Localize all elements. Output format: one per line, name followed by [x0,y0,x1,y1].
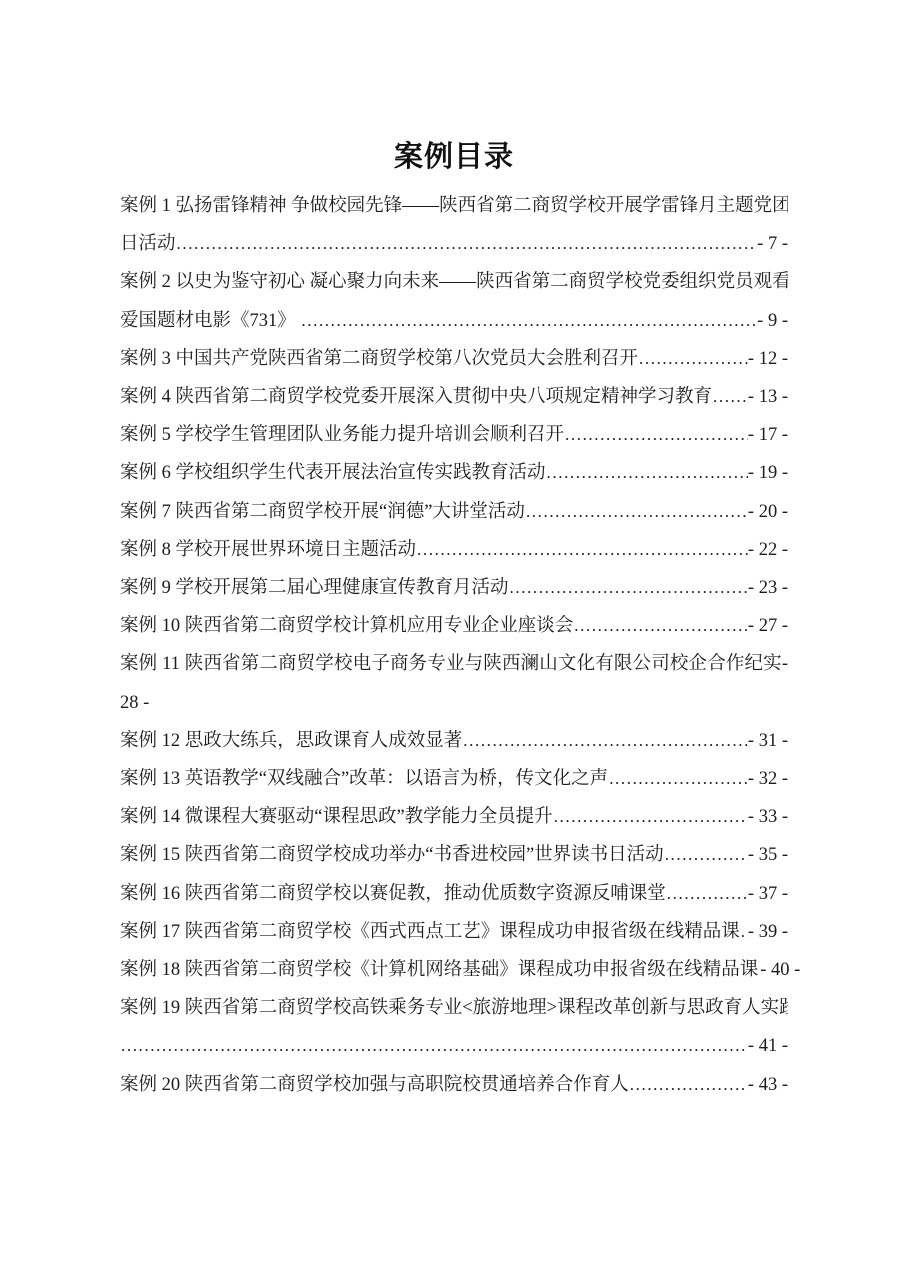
dot-leader: ........................................… [176,225,758,263]
entry-text: 案例 5 学校学生管理团队业务能力提升培训会顺利召开 [120,416,564,454]
entry-last-line: 案例 12 思政大练兵，思政课育人成效显著...................… [120,722,788,760]
page-number: - 13 - [748,378,788,416]
entry-text-line: 案例 2 以史为鉴守初心 凝心聚力向未来——陕西省第二商贸学校党委组织党员观看 [120,263,788,301]
dot-leader: ........................................… [462,722,748,760]
toc-entry[interactable]: 案例 19 陕西省第二商贸学校高铁乘务专业<旅游地理>课程改革创新与思政育人实践… [120,989,788,1065]
dot-leader: ........................................… [608,760,748,798]
entry-text: 案例 13 英语教学“双线融合”改革：以语言为桥，传文化之声 [120,760,608,798]
entry-text: 案例 7 陕西省第二商贸学校开展“润德”大讲堂活动 [120,493,525,531]
toc-entry[interactable]: 案例 1 弘扬雷锋精神 争做校园先锋——陕西省第二商贸学校开展学雷锋月主题党团日… [120,187,788,263]
entry-last-line: 案例 9 学校开展第二届心理健康宣传教育月活动.................… [120,569,788,607]
entry-last-line: 案例 6 学校组织学生代表开展法治宣传实践教育活动...............… [120,454,788,492]
toc-entry[interactable]: 案例 7 陕西省第二商贸学校开展“润德”大讲堂活动...............… [120,493,788,531]
dot-leader: ........................................… [664,836,748,874]
document-page: 案例目录 案例 1 弘扬雷锋精神 争做校园先锋——陕西省第二商贸学校开展学雷锋月… [0,0,900,1273]
entry-text: 案例 20 陕西省第二商贸学校加强与高职院校贯通培养合作育人 [120,1066,629,1104]
page-number: - 12 - [748,340,788,378]
dot-leader: ........................................… [712,378,748,416]
toc-entry[interactable]: 案例 9 学校开展第二届心理健康宣传教育月活动.................… [120,569,788,607]
toc-entry[interactable]: 案例 18 陕西省第二商贸学校《计算机网络基础》课程成功申报省级在线精品课...… [120,951,788,989]
page-number: - 43 - [748,1066,788,1104]
entry-text: 28 - [120,684,149,722]
entry-text: 案例 16 陕西省第二商贸学校以赛促教，推动优质数字资源反哺课堂 [120,875,666,913]
toc-entry[interactable]: 案例 3 中国共产党陕西省第二商贸学校第八次党员大会胜利召开..........… [120,340,788,378]
page-number: - 23 - [748,569,788,607]
page-title: 案例目录 [120,140,788,174]
dot-leader: ........................................… [416,531,748,569]
entry-last-line: 案例 16 陕西省第二商贸学校以赛促教，推动优质数字资源反哺课堂........… [120,875,788,913]
entry-text: 案例 15 陕西省第二商贸学校成功举办“书香进校园”世界读书日活动 [120,836,664,874]
entry-text-line: 案例 11 陕西省第二商贸学校电子商务专业与陕西澜山文化有限公司校企合作纪实- [120,645,788,683]
entry-last-line: 案例 8 学校开展世界环境日主题活动......................… [120,531,788,569]
toc-entry[interactable]: 案例 12 思政大练兵，思政课育人成效显著...................… [120,722,788,760]
entry-text: 案例 10 陕西省第二商贸学校计算机应用专业企业座谈会 [120,607,573,645]
dot-leader: ........................................… [546,454,748,492]
entry-text-line: 案例 1 弘扬雷锋精神 争做校园先锋——陕西省第二商贸学校开展学雷锋月主题党团 [120,187,788,225]
entry-last-line: ........................................… [120,1027,788,1065]
entry-last-line: 案例 5 学校学生管理团队业务能力提升培训会顺利召开..............… [120,416,788,454]
toc-entry[interactable]: 案例 6 学校组织学生代表开展法治宣传实践教育活动...............… [120,454,788,492]
entry-last-line: 案例 18 陕西省第二商贸学校《计算机网络基础》课程成功申报省级在线精品课...… [120,951,788,989]
dot-leader: ........................................… [740,913,748,951]
entry-last-line: 案例 14 微课程大赛驱动“课程思政”教学能力全员提升.............… [120,798,788,836]
entry-text: 案例 12 思政大练兵，思政课育人成效显著 [120,722,462,760]
toc-entry[interactable]: 案例 2 以史为鉴守初心 凝心聚力向未来——陕西省第二商贸学校党委组织党员观看爱… [120,263,788,339]
toc-entry[interactable]: 案例 15 陕西省第二商贸学校成功举办“书香进校园”世界读书日活动.......… [120,836,788,874]
dot-leader: ........................................… [564,416,748,454]
entry-last-line: 日活动.....................................… [120,225,788,263]
entry-text: 案例 3 中国共产党陕西省第二商贸学校第八次党员大会胜利召开 [120,340,638,378]
entry-last-line: 爱国题材电影《731》 ............................… [120,302,788,340]
dot-leader: ........................................… [629,1066,748,1104]
entry-text: 爱国题材电影《731》 [120,302,300,340]
dot-leader: ........................................… [638,340,748,378]
entry-text: 案例 18 陕西省第二商贸学校《计算机网络基础》课程成功申报省级在线精品课 [120,951,758,989]
toc-entry[interactable]: 案例 20 陕西省第二商贸学校加强与高职院校贯通培养合作育人..........… [120,1066,788,1104]
page-number: - 20 - [748,493,788,531]
page-number: - 27 - [748,607,788,645]
toc-entry[interactable]: 案例 16 陕西省第二商贸学校以赛促教，推动优质数字资源反哺课堂........… [120,875,788,913]
page-number: - 22 - [748,531,788,569]
entry-last-line: 案例 10 陕西省第二商贸学校计算机应用专业企业座谈会.............… [120,607,788,645]
entry-last-line: 案例 7 陕西省第二商贸学校开展“润德”大讲堂活动...............… [120,493,788,531]
entry-last-line: 案例 20 陕西省第二商贸学校加强与高职院校贯通培养合作育人..........… [120,1066,788,1104]
page-number: - 17 - [748,416,788,454]
dot-leader: ........................................… [666,875,748,913]
page-number: - 35 - [748,836,788,874]
entry-text: 案例 8 学校开展世界环境日主题活动 [120,531,416,569]
entry-last-line: 28 - [120,684,788,722]
page-number: - 9 - [757,302,788,340]
dot-leader: ........................................… [120,1027,748,1065]
dot-leader: ........................................… [300,302,757,340]
entry-last-line: 案例 3 中国共产党陕西省第二商贸学校第八次党员大会胜利召开..........… [120,340,788,378]
page-number: - 39 - [748,913,788,951]
toc-entry[interactable]: 案例 14 微课程大赛驱动“课程思政”教学能力全员提升.............… [120,798,788,836]
entry-text: 案例 4 陕西省第二商贸学校党委开展深入贯彻中央八项规定精神学习教育 [120,378,712,416]
toc-entry[interactable]: 案例 11 陕西省第二商贸学校电子商务专业与陕西澜山文化有限公司校企合作纪实-2… [120,645,788,721]
page-number: - 41 - [748,1027,788,1065]
entry-text-line: 案例 19 陕西省第二商贸学校高铁乘务专业<旅游地理>课程改革创新与思政育人实践 [120,989,788,1027]
page-number: - 37 - [748,875,788,913]
toc-entry[interactable]: 案例 17 陕西省第二商贸学校《西式西点工艺》课程成功申报省级在线精品课....… [120,913,788,951]
entry-last-line: 案例 15 陕西省第二商贸学校成功举办“书香进校园”世界读书日活动.......… [120,836,788,874]
toc-entry[interactable]: 案例 4 陕西省第二商贸学校党委开展深入贯彻中央八项规定精神学习教育......… [120,378,788,416]
entry-text: 日活动 [120,225,176,263]
dot-leader: ........................................… [509,569,748,607]
entry-last-line: 案例 13 英语教学“双线融合”改革：以语言为桥，传文化之声..........… [120,760,788,798]
page-number: - 33 - [748,798,788,836]
page-number: - 31 - [748,722,788,760]
entry-last-line: 案例 17 陕西省第二商贸学校《西式西点工艺》课程成功申报省级在线精品课....… [120,913,788,951]
page-number: - 32 - [748,760,788,798]
entry-text: 案例 9 学校开展第二届心理健康宣传教育月活动 [120,569,509,607]
page-number: - 19 - [748,454,788,492]
toc-entry[interactable]: 案例 13 英语教学“双线融合”改革：以语言为桥，传文化之声..........… [120,760,788,798]
toc-entry[interactable]: 案例 5 学校学生管理团队业务能力提升培训会顺利召开..............… [120,416,788,454]
toc-entry[interactable]: 案例 10 陕西省第二商贸学校计算机应用专业企业座谈会.............… [120,607,788,645]
dot-leader: ........................................… [553,798,748,836]
entry-last-line: 案例 4 陕西省第二商贸学校党委开展深入贯彻中央八项规定精神学习教育......… [120,378,788,416]
entry-text: 案例 6 学校组织学生代表开展法治宣传实践教育活动 [120,454,546,492]
entry-text: 案例 14 微课程大赛驱动“课程思政”教学能力全员提升 [120,798,553,836]
dot-leader: ........................................… [573,607,748,645]
page-number: - 7 - [757,225,788,263]
dot-leader: ........................................… [525,493,748,531]
toc-list: 案例 1 弘扬雷锋精神 争做校园先锋——陕西省第二商贸学校开展学雷锋月主题党团日… [120,187,788,1104]
page-number: - 40 - [760,951,800,989]
toc-entry[interactable]: 案例 8 学校开展世界环境日主题活动......................… [120,531,788,569]
entry-text: 案例 17 陕西省第二商贸学校《西式西点工艺》课程成功申报省级在线精品课 [120,913,740,951]
